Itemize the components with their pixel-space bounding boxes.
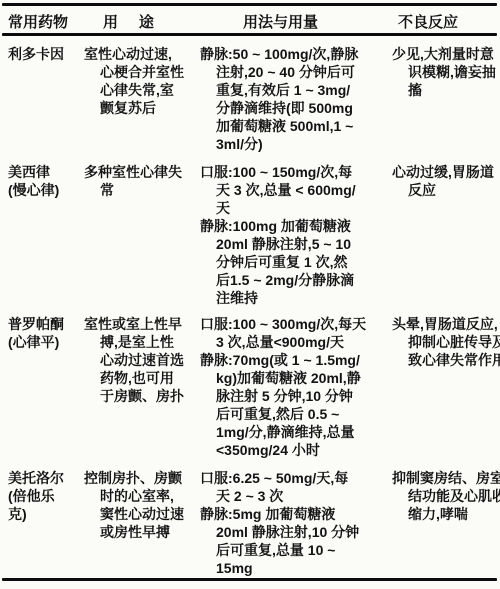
adverse-cell: 抑制窦房结、房室结功能及心肌收缩力,哮喘 (392, 469, 495, 577)
column-header-usage: 用 途 (84, 11, 200, 32)
text-line: 静脉:50 ~ 100mg/次,静脉 (200, 45, 392, 63)
table-header-underline (2, 33, 497, 36)
text-line: 多种室性心律失 (84, 163, 200, 181)
drug-cell: 普罗帕酮(心律平) (8, 315, 84, 459)
text-line: 分钟后可重复 1 次,然 (200, 253, 392, 271)
text-line: 或房性早搏 (84, 523, 200, 541)
text-line: 时的心室率, (84, 487, 200, 505)
text-line: 后可重复,总量 10 ~ (200, 541, 392, 559)
text-line: 重复,有效后 1 ~ 3mg/ (200, 81, 392, 99)
table-row-metoprolol: 美托洛尔(倍他乐克) 控制房扑、房颤时的心室率,窦性心动过速或房性早搏 口服:6… (8, 469, 496, 577)
text-line: 天 2 ~ 3 次 (200, 487, 392, 505)
text-line: 注维持 (200, 289, 392, 307)
table-header-row: 常用药物 用 途 用法与用量 不良反应 (8, 11, 496, 32)
text-line: 静脉:70mg(或 1 ~ 1.5mg/ (200, 351, 392, 369)
usage-cell: 室性心动过速,心梗合并室性心律失常,室颤复苏后 (84, 45, 200, 153)
text-line: 识模糊,谵妄抽 (392, 63, 495, 81)
column-header-dosage: 用法与用量 (200, 11, 392, 32)
text-line: 天 (200, 199, 392, 217)
adverse-cell: 头晕,胃肠道反应,抑制心脏传导及致心律失常作用 (392, 315, 495, 459)
text-line: 少见,大剂量时意 (392, 45, 495, 63)
adverse-cell: 心动过缓,胃肠道反应 (392, 163, 495, 307)
drug-cell: 美西律(慢心律) (8, 163, 84, 307)
text-line: 普罗帕酮 (8, 315, 84, 333)
text-line: 口服:100 ~ 300mg/次,每天 (200, 315, 392, 333)
text-line: 抑制窦房结、房室 (392, 469, 495, 487)
text-line: 分静滴维持(即 500mg (200, 99, 392, 117)
text-line: 15mg (200, 559, 392, 577)
text-line: 头晕,胃肠道反应, (392, 315, 495, 333)
text-line: 加葡萄糖液 500ml,1 ~ (200, 117, 392, 135)
text-line: 注射,20 ~ 40 分钟后可 (200, 63, 392, 81)
table-row-lidocaine: 利多卡因 室性心动过速,心梗合并室性心律失常,室颤复苏后 静脉:50 ~ 100… (8, 45, 496, 153)
table-top-border (2, 3, 497, 6)
text-line: (慢心律) (8, 181, 84, 199)
text-line: 心梗合并室性 (84, 63, 200, 81)
text-line: 天 3 次,总量 < 600mg/ (200, 181, 392, 199)
column-header-drug: 常用药物 (8, 11, 84, 32)
text-line: 美西律 (8, 163, 84, 181)
table-row-propafenone: 普罗帕酮(心律平) 室性或室上性早搏,是室上性心动过速首选药物,也可用于房颤、房… (8, 315, 496, 459)
text-line: 反应 (392, 181, 495, 199)
text-line: 缩力,哮喘 (392, 505, 495, 523)
text-line: 控制房扑、房颤 (84, 469, 200, 487)
text-line: 口服:6.25 ~ 50mg/天,每 (200, 469, 392, 487)
table-bottom-border (2, 578, 497, 581)
text-line: 口服:100 ~ 150mg/次,每 (200, 163, 392, 181)
scanned-drug-table-page: 常用药物 用 途 用法与用量 不良反应 利多卡因 室性心动过速,心梗合并室性心律… (0, 0, 500, 589)
text-line: 室性或室上性早 (84, 315, 200, 333)
text-line: 克) (8, 505, 84, 523)
text-line: 抑制心脏传导及 (392, 333, 495, 351)
adverse-cell: 少见,大剂量时意识模糊,谵妄抽搐 (392, 45, 495, 153)
column-header-adverse: 不良反应 (392, 11, 495, 32)
text-line: 静脉:100mg 加葡萄糖液 (200, 217, 392, 235)
table-row-mexiletine: 美西律(慢心律) 多种室性心律失常 口服:100 ~ 150mg/次,每天 3 … (8, 163, 496, 307)
text-line: 搐 (392, 81, 495, 99)
text-line: 利多卡因 (8, 45, 84, 63)
text-line: 脉注射 5 分钟,10 分钟 (200, 387, 392, 405)
text-line: kg)加葡萄糖液 20ml,静 (200, 369, 392, 387)
text-line: 静脉:5mg 加葡萄糖液 (200, 505, 392, 523)
text-line: (心律平) (8, 333, 84, 351)
text-line: 药物,也可用 (84, 369, 200, 387)
usage-cell: 室性或室上性早搏,是室上性心动过速首选药物,也可用于房颤、房扑 (84, 315, 200, 459)
table-body: 利多卡因 室性心动过速,心梗合并室性心律失常,室颤复苏后 静脉:50 ~ 100… (8, 45, 496, 577)
text-line: 心律失常,室 (84, 81, 200, 99)
text-line: 结功能及心肌收 (392, 487, 495, 505)
text-line: (倍他乐 (8, 487, 84, 505)
text-line: 1mg/分,静滴维持,总量 (200, 423, 392, 441)
text-line: 室性心动过速, (84, 45, 200, 63)
text-line: <350mg/24 小时 (200, 441, 392, 459)
usage-cell: 控制房扑、房颤时的心室率,窦性心动过速或房性早搏 (84, 469, 200, 577)
text-line: 窦性心动过速 (84, 505, 200, 523)
text-line: 常 (84, 181, 200, 199)
text-line: 后1.5 ~ 2mg/分静脉滴 (200, 271, 392, 289)
text-line: 颤复苏后 (84, 99, 200, 117)
text-line: 致心律失常作用 (392, 351, 495, 369)
text-line: 心动过缓,胃肠道 (392, 163, 495, 181)
dosage-cell: 口服:100 ~ 300mg/次,每天3 次,总量<900mg/天静脉:70mg… (200, 315, 392, 459)
dosage-cell: 静脉:50 ~ 100mg/次,静脉注射,20 ~ 40 分钟后可重复,有效后 … (200, 45, 392, 153)
text-line: 美托洛尔 (8, 469, 84, 487)
drug-cell: 利多卡因 (8, 45, 84, 153)
text-line: 3 次,总量<900mg/天 (200, 333, 392, 351)
text-line: 20ml 静脉注射,10 分钟 (200, 523, 392, 541)
text-line: 3ml/分) (200, 135, 392, 153)
dosage-cell: 口服:100 ~ 150mg/次,每天 3 次,总量 < 600mg/天静脉:1… (200, 163, 392, 307)
dosage-cell: 口服:6.25 ~ 50mg/天,每天 2 ~ 3 次静脉:5mg 加葡萄糖液2… (200, 469, 392, 577)
usage-cell: 多种室性心律失常 (84, 163, 200, 307)
text-line: 心动过速首选 (84, 351, 200, 369)
text-line: 20ml 静脉注射,5 ~ 10 (200, 235, 392, 253)
text-line: 后可重复,然后 0.5 ~ (200, 405, 392, 423)
text-line: 搏,是室上性 (84, 333, 200, 351)
drug-cell: 美托洛尔(倍他乐克) (8, 469, 84, 577)
text-line: 于房颤、房扑 (84, 387, 200, 405)
